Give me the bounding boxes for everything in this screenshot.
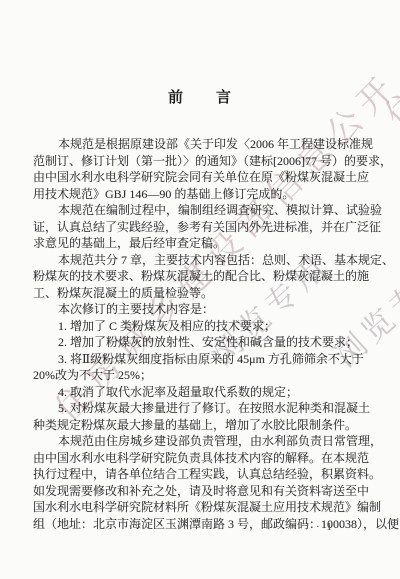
text-line: 证，认真总结了实践经验，参考有关国内外先进标准，并在广泛征 [33,219,367,236]
text-line: 本规范是根据原建设部《关于印发〈2006 年工程建设标准规 [33,136,367,153]
body-text: 本规范是根据原建设部《关于印发〈2006 年工程建设标准规 范制订、修订计划（第… [33,136,367,532]
text-line: 范制订、修订计划（第一批）〉的通知》（建标[2006]77 号）的要求， [33,153,367,170]
text-line: 用技术规范》GBJ 146—90 的基础上修订完成的。 [33,186,367,203]
text-line: 本规范由住房城乡建设部负责管理，由水利部负责日常管理， [33,433,367,450]
text-line: 国水利水电科学研究院材料所《粉煤灰混凝土应用技术规范》编制 [33,499,367,516]
text-line: 本规范在编制过程中，编制组经调查研究、模拟计算、试验验 [33,202,367,219]
text-line: 种类规定粉煤灰最大掺量的基础上，增加了水胶比限制条件。 [33,417,367,434]
text-line: 2. 增加了粉煤灰的放射性、安定性和碱含量的技术要求； [33,334,367,351]
text-line: 执行过程中，请各单位结合工程实践，认真总结经验，积累资料。 [33,466,367,483]
text-line: 本规范共分 7 章，主要技术内容包括：总则、术语、基本规定、 [33,252,367,269]
text-line: 本次修订的主要技术内容是： [33,301,367,318]
text-line: 1. 增加了 C 类粉煤灰及相应的技术要求； [33,318,367,335]
text-line: 由中国水利水电科学研究院负责具体技术内容的解释。在本规范 [33,450,367,467]
text-line: 5. 对粉煤灰最大掺量进行了修订。在按照水泥种类和混凝土 [33,400,367,417]
text-line: 由中国水利水电科学研究院会同有关单位在原《粉煤灰混凝土应 [33,169,367,186]
text-line: 如发现需要修改和补充之处，请及时将意见和有关资料寄送至中 [33,483,367,500]
scanned-document-page: 前 言 本规范是根据原建设部《关于印发〈2006 年工程建设标准规 范制订、修订… [0,0,400,579]
text-line: 20%改为不大于 25%； [33,367,367,384]
text-line: 粉煤灰的技术要求、粉煤灰混凝土的配合比、粉煤灰混凝土的施 [33,268,367,285]
text-line: 求意见的基础上，最后经审查定稿。 [33,235,367,252]
text-line: 3. 将Ⅱ级粉煤灰细度指标由原来的 45μm 方孔筛筛余不大于 [33,351,367,368]
watermark-corner-fragment: 住房城乡 [372,0,400,136]
text-line: 工、粉煤灰混凝土的质量检验等。 [33,285,367,302]
page-number: · 1 · [316,521,344,533]
text-line: 4. 取消了取代水泥率及超量取代系数的规定； [33,384,367,401]
page-title: 前 言 [0,86,400,107]
